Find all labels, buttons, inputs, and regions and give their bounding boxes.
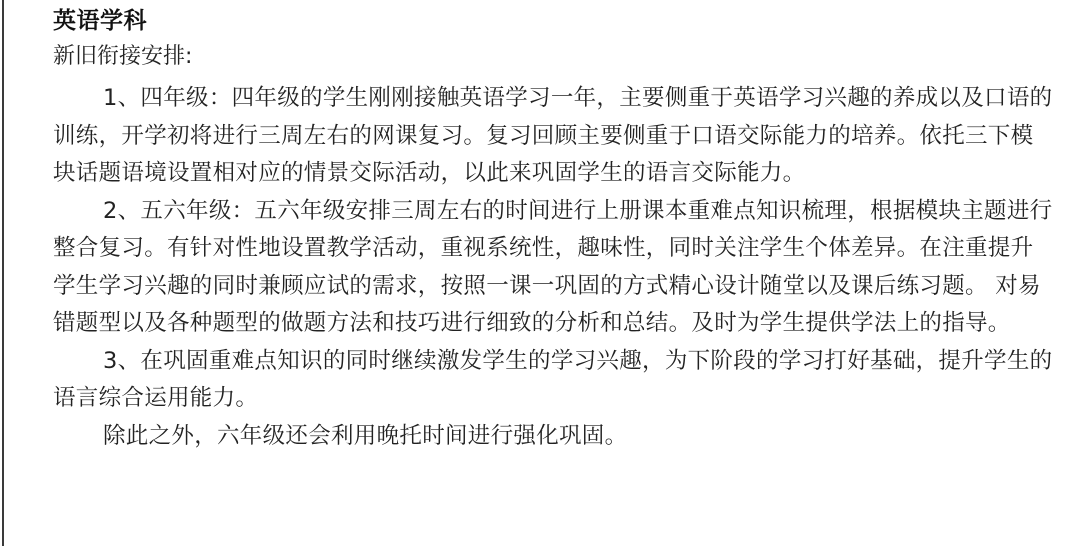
document-title: 英语学科 (53, 4, 1053, 40)
paragraph-consolidation: 3、在巩固重难点知识的同时继续激发学生的学习兴趣，为下阶段的学习打好基础，提升学… (53, 343, 1053, 418)
left-border-rule (2, 0, 4, 546)
paragraph-grade-four: 1、四年级：四年级的学生刚刚接触英语学习一年，主要侧重于英语学习兴趣的养成以及口… (53, 80, 1053, 193)
document-body: 英语学科 新旧衔接安排: 1、四年级：四年级的学生刚刚接触英语学习一年，主要侧重… (53, 4, 1053, 455)
section-subtitle: 新旧衔接安排: (53, 40, 1053, 80)
paragraph-extra-note: 除此之外，六年级还会利用晚托时间进行强化巩固。 (53, 418, 1053, 456)
paragraph-grade-five-six: 2、五六年级：五六年级安排三周左右的时间进行上册课本重难点知识梳理，根据模块主题… (53, 193, 1053, 343)
